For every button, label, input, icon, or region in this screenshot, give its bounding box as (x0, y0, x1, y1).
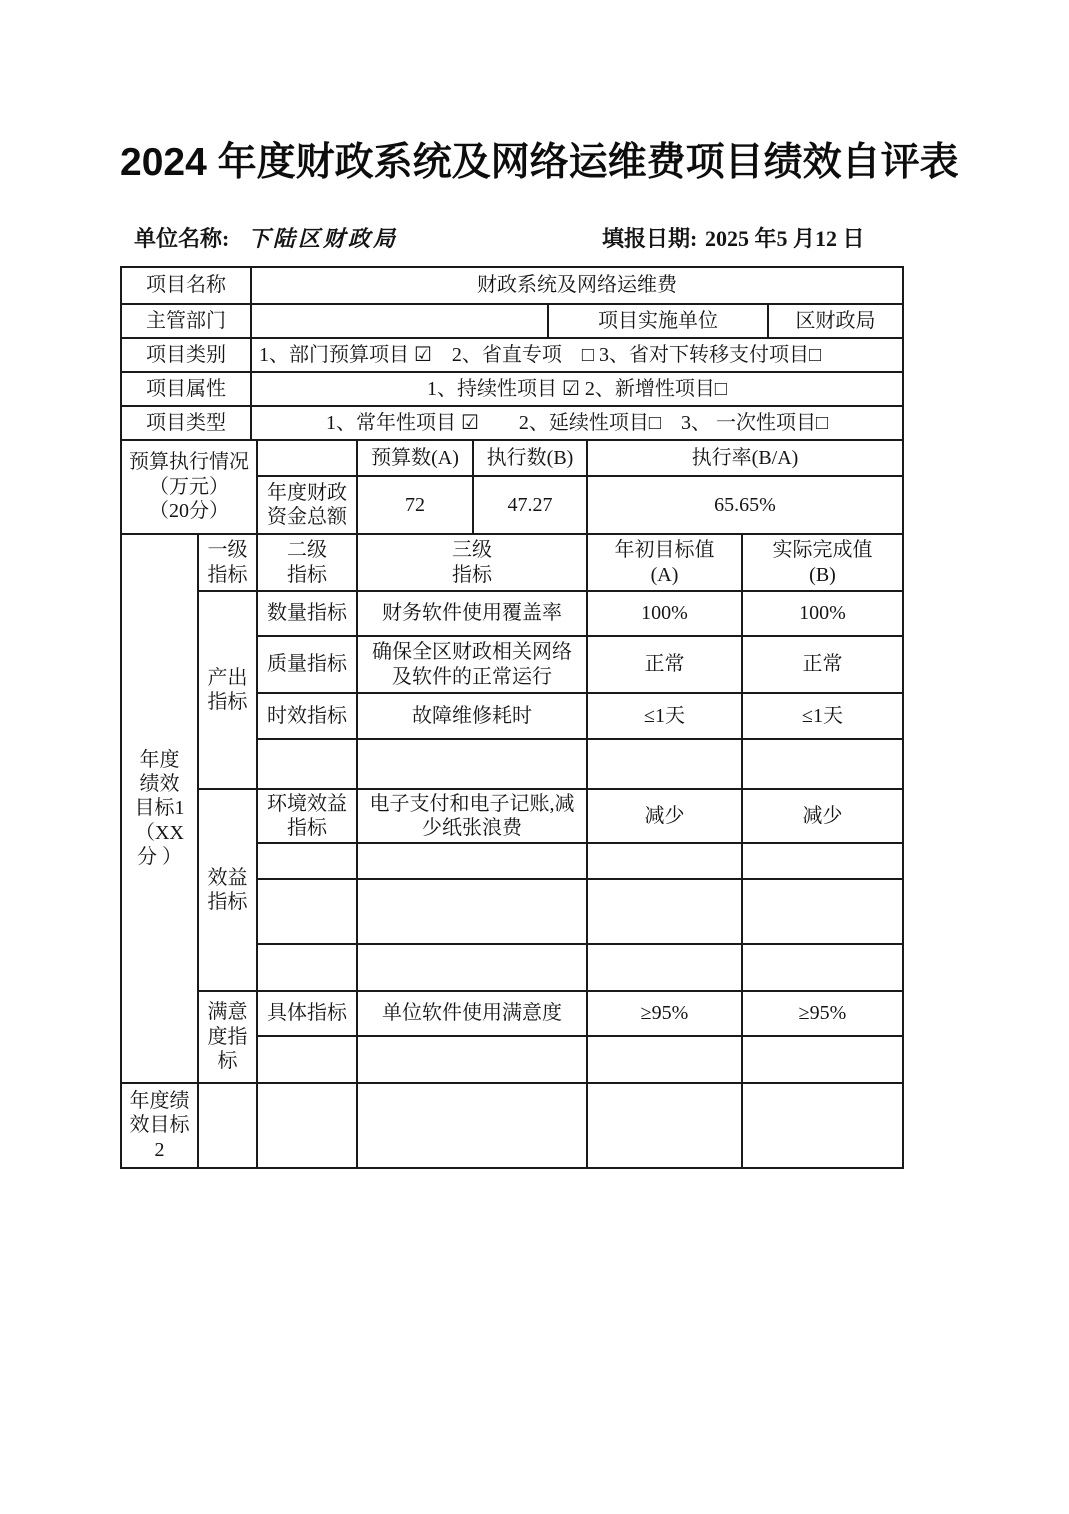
table-row: 项目类别 1、部门预算项目 ☑ 2、省直专项 □ 3、省对下转移支付项目□ (121, 338, 903, 372)
indicator-target-cell (587, 944, 742, 991)
type-value-cell: 1、常年性项目 ☑ 2、延续性项目□ 3、 一次性项目□ (251, 406, 903, 440)
empty-cell (257, 1083, 357, 1168)
indicator-target-cell: 正常 (587, 636, 742, 693)
indicator-actual-cell: ≥95% (742, 991, 903, 1036)
indicator-target-cell: 100% (587, 591, 742, 636)
satisfaction-group-label-cell: 满意 度指 标 (198, 991, 257, 1083)
indicator-l3-cell: 故障维修耗时 (357, 693, 587, 739)
indicator-actual-cell (742, 879, 903, 944)
indicator-actual-cell: 100% (742, 591, 903, 636)
indicator-l3-cell (357, 879, 587, 944)
output-group-label-cell: 产出 指标 (198, 591, 257, 789)
table-row: 项目类型 1、常年性项目 ☑ 2、延续性项目□ 3、 一次性项目□ (121, 406, 903, 440)
indicator-target-cell: 减少 (587, 789, 742, 843)
indicator-l3-cell (357, 739, 587, 789)
indicator-target-cell: ≤1天 (587, 693, 742, 739)
indicator-l2-cell (257, 944, 357, 991)
budget-section-label-cell: 预算执行情况 （万元） （20分） (121, 440, 257, 534)
indicator-l2-cell (257, 1036, 357, 1083)
budget-value-cell: 72 (357, 476, 473, 534)
benefit-group-label-cell: 效益 指标 (198, 789, 257, 991)
unit-name-label: 单位名称: (134, 222, 229, 253)
indicator-l2-cell (257, 739, 357, 789)
indicator-l3-cell: 电子支付和电子记账,减 少纸张浪费 (357, 789, 587, 843)
indicator-l2-cell: 时效指标 (257, 693, 357, 739)
indicator-l3-cell: 确保全区财政相关网络 及软件的正常运行 (357, 636, 587, 693)
indicator-l3-cell (357, 843, 587, 879)
indicator-section: 年度 绩效 目标1 （XX 分 ） 一级 指标 二级 指标 三级 指标 年初目标… (120, 533, 904, 1169)
indicator-actual-cell: 正常 (742, 636, 903, 693)
indicator-l3-cell (357, 944, 587, 991)
type-label-cell: 项目类型 (121, 406, 251, 440)
attribute-value-cell: 1、持续性项目 ☑ 2、新增性项目□ (251, 372, 903, 406)
indicator-target-cell (587, 879, 742, 944)
dept-value-cell (251, 304, 548, 338)
indicator-target-cell: ≥95% (587, 991, 742, 1036)
table-row: 项目名称 财政系统及网络运维费 (121, 267, 903, 304)
indicator-l3-cell: 财务软件使用覆盖率 (357, 591, 587, 636)
indicator-l3-cell: 单位软件使用满意度 (357, 991, 587, 1036)
rate-value-cell: 65.65% (587, 476, 903, 534)
indicator-l2-cell: 环境效益 指标 (257, 789, 357, 843)
impl-unit-value-cell: 区财政局 (768, 304, 903, 338)
document-page: 2024 年度财政系统及网络运维费项目绩效自评表 单位名称: 下陆区财政局 填报… (0, 0, 1069, 1514)
indicator-row: 效益 指标 环境效益 指标 电子支付和电子记账,减 少纸张浪费 减少 减少 (121, 789, 903, 843)
exec-value-cell: 47.27 (473, 476, 587, 534)
goal2-label-cell: 年度绩 效目标 2 (121, 1083, 198, 1168)
target-header-cell: 年初目标值 (A) (587, 534, 742, 591)
indicator-l2-cell: 质量指标 (257, 636, 357, 693)
indicator-l2-cell: 数量指标 (257, 591, 357, 636)
empty-cell (357, 1083, 587, 1168)
indicator-l2-cell (257, 879, 357, 944)
empty-cell (198, 1083, 257, 1168)
level1-header-cell: 一级 指标 (198, 534, 257, 591)
indicator-row: 满意 度指 标 具体指标 单位软件使用满意度 ≥95% ≥95% (121, 991, 903, 1036)
project-name-label-cell: 项目名称 (121, 267, 251, 304)
attribute-label-cell: 项目属性 (121, 372, 251, 406)
unit-name-value: 下陆区财政局 (248, 222, 398, 253)
category-label-cell: 项目类别 (121, 338, 251, 372)
indicator-l2-cell (257, 843, 357, 879)
report-date-value: 2025 年5 月12 日 (705, 222, 865, 253)
goal2-row: 年度绩 效目标 2 (121, 1083, 903, 1168)
goal1-label-cell: 年度 绩效 目标1 （XX 分 ） (121, 534, 198, 1083)
project-name-value-cell: 财政系统及网络运维费 (251, 267, 903, 304)
table-row: 预算执行情况 （万元） （20分） 预算数(A) 执行数(B) 执行率(B/A) (121, 440, 903, 476)
indicator-target-cell (587, 1036, 742, 1083)
indicator-target-cell (587, 843, 742, 879)
indicator-target-cell (587, 739, 742, 789)
indicator-actual-cell: 减少 (742, 789, 903, 843)
indicator-actual-cell (742, 739, 903, 789)
budget-col-header-cell: 预算数(A) (357, 440, 473, 476)
indicator-l2-cell: 具体指标 (257, 991, 357, 1036)
empty-cell (257, 440, 357, 476)
category-value-cell: 1、部门预算项目 ☑ 2、省直专项 □ 3、省对下转移支付项目□ (251, 338, 903, 372)
annual-fund-label-cell: 年度财政 资金总额 (257, 476, 357, 534)
self-evaluation-table: 项目名称 财政系统及网络运维费 主管部门 项目实施单位 区财政局 项目类别 1、… (120, 266, 902, 1169)
project-info-section: 项目名称 财政系统及网络运维费 主管部门 项目实施单位 区财政局 项目类别 1、… (120, 266, 904, 441)
indicator-actual-cell: ≤1天 (742, 693, 903, 739)
level3-header-cell: 三级 指标 (357, 534, 587, 591)
table-row: 项目属性 1、持续性项目 ☑ 2、新增性项目□ (121, 372, 903, 406)
indicator-header-row: 年度 绩效 目标1 （XX 分 ） 一级 指标 二级 指标 三级 指标 年初目标… (121, 534, 903, 591)
indicator-row: 产出 指标 数量指标 财务软件使用覆盖率 100% 100% (121, 591, 903, 636)
indicator-l3-cell (357, 1036, 587, 1083)
exec-col-header-cell: 执行数(B) (473, 440, 587, 476)
dept-label-cell: 主管部门 (121, 304, 251, 338)
page-title: 2024 年度财政系统及网络运维费项目绩效自评表 (120, 131, 904, 187)
actual-header-cell: 实际完成值 (B) (742, 534, 903, 591)
indicator-actual-cell (742, 1036, 903, 1083)
report-date-label: 填报日期: (602, 222, 697, 253)
meta-line: 单位名称: 下陆区财政局 填报日期: 2025 年5 月12 日 (120, 222, 904, 256)
impl-unit-label-cell: 项目实施单位 (548, 304, 768, 338)
indicator-actual-cell (742, 843, 903, 879)
table-row: 主管部门 项目实施单位 区财政局 (121, 304, 903, 338)
rate-col-header-cell: 执行率(B/A) (587, 440, 903, 476)
empty-cell (742, 1083, 903, 1168)
level2-header-cell: 二级 指标 (257, 534, 357, 591)
indicator-actual-cell (742, 944, 903, 991)
empty-cell (587, 1083, 742, 1168)
budget-section: 预算执行情况 （万元） （20分） 预算数(A) 执行数(B) 执行率(B/A)… (120, 439, 904, 535)
